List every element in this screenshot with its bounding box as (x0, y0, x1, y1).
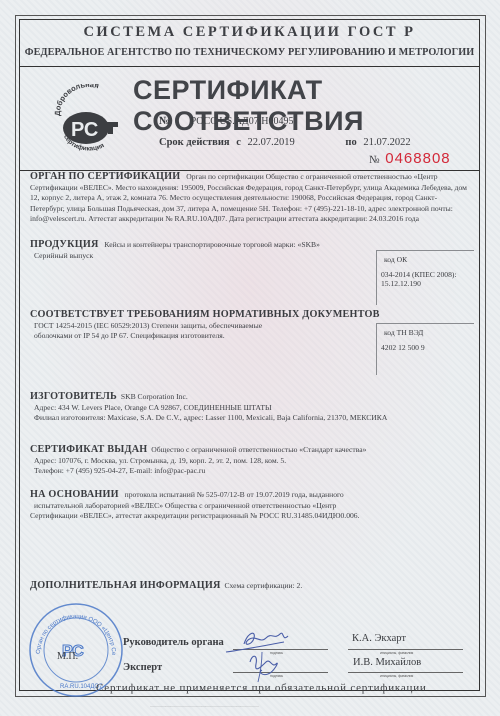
additional-info-heading: ДОПОЛНИТЕЛЬНАЯ ИНФОРМАЦИЯ (30, 580, 221, 591)
ok-code-box: код ОК 034-2014 (КПЕС 2008): 15.12.12.19… (376, 250, 474, 305)
svg-text:РС: РС (71, 119, 98, 141)
product-section: ПРОДУКЦИЯ Кейсы и контейнеры транспортир… (30, 240, 370, 261)
head-label: Руководитель органа (123, 637, 224, 648)
valid-to-date: 21.07.2022 (363, 137, 410, 148)
product-subtext: Серийный выпуск (34, 251, 370, 262)
seal-label: М.П. (57, 651, 78, 662)
system-title: СИСТЕМА СЕРТИФИКАЦИИ ГОСТ Р (19, 24, 480, 41)
issued-by-name: Общество с ограниченной ответственностью… (151, 445, 366, 454)
certification-body-heading: ОРГАН ПО СЕРТИФИКАЦИИ (30, 171, 180, 182)
rst-logo-icon: Добровольная РС сертификация (52, 84, 124, 156)
additional-info-section: ДОПОЛНИТЕЛЬНАЯ ИНФОРМАЦИЯ Схема сертифик… (30, 581, 470, 592)
validity-row: Срок действия с 22.07.2019 по 21.07.2022 (159, 137, 411, 148)
valid-from-date: 22.07.2019 (248, 137, 295, 148)
manufacturer-heading: ИЗГОТОВИТЕЛЬ (30, 391, 117, 402)
certificate-title: СЕРТИФИКАТ СООТВЕТСТВИЯ (133, 75, 500, 137)
serial-sign: № (369, 154, 380, 166)
tnved-code-label: код ТН ВЭД (384, 328, 474, 337)
issued-by-section: СЕРТИФИКАТ ВЫДАН Общество с ограниченной… (30, 445, 470, 477)
validity-label: Срок действия (159, 137, 230, 148)
certificate-number: РОСС US.АД07.Н00495 (191, 116, 294, 127)
certification-body-section: ОРГАН ПО СЕРТИФИКАЦИИ Орган по сертифика… (30, 172, 470, 225)
header-divider (19, 66, 480, 67)
ok-code-label: код ОК (384, 255, 474, 264)
ok-code-value-1: 034-2014 (КПЕС 2008): (381, 270, 474, 279)
basis-line-1: протокола испытаний № 525-07/12-В от 19.… (125, 490, 344, 499)
ok-code-value-2: 15.12.12.190 (381, 279, 474, 288)
expert-name: И.В. Михайлов (353, 657, 421, 668)
validity-from-label: с (236, 137, 241, 148)
product-text: Кейсы и контейнеры транспортировочные то… (104, 240, 320, 249)
validity-to-label: по (345, 137, 356, 148)
agency-title: ФЕДЕРАЛЬНОЕ АГЕНТСТВО ПО ТЕХНИЧЕСКОМУ РЕ… (19, 47, 480, 58)
issued-by-contacts: Телефон: +7 (495) 925-04-27, E-mail: inf… (34, 466, 470, 477)
basis-heading: НА ОСНОВАНИИ (30, 489, 119, 500)
compliance-heading: СООТВЕТСТВУЕТ ТРЕБОВАНИЯМ НОРМАТИВНЫХ ДО… (30, 310, 390, 321)
voluntary-note: Сертификат не применяется при обязательн… (96, 682, 427, 694)
compliance-line-2: оболочками от IP 54 до IP 67. Спецификац… (34, 331, 390, 342)
issued-by-address: Адрес: 107076, г. Москва, ул. Стромынка,… (34, 456, 470, 467)
issued-by-heading: СЕРТИФИКАТ ВЫДАН (30, 444, 147, 455)
expert-name-caption: инициалы, фамилия (380, 674, 413, 678)
footer-printer-text: ........................................… (150, 704, 259, 708)
tnved-code-value: 4202 12 500 9 (381, 343, 474, 352)
compliance-line-1: ГОСТ 14254-2015 (IEC 60529:2013) Степени… (34, 321, 390, 332)
serial-number-row: № 0468808 (369, 150, 451, 167)
additional-info-text: Схема сертификации: 2. (224, 581, 302, 590)
manufacturer-section: ИЗГОТОВИТЕЛЬ SKB Corporation Inc. Адрес:… (30, 392, 470, 424)
expert-name-line (348, 672, 463, 673)
head-name-caption: инициалы, фамилия (380, 651, 413, 655)
manufacturer-name: SKB Corporation Inc. (121, 392, 188, 401)
product-heading: ПРОДУКЦИЯ (30, 239, 99, 250)
manufacturer-branch: Филиал изготовителя: Maxicase, S.A. De C… (34, 413, 470, 424)
certificate-number-row: № РОСС US.АД07.Н00495 (159, 115, 293, 127)
head-name-line (348, 649, 463, 650)
basis-line-3: Сертификации «ВЕЛЕС», аттестат аккредита… (30, 511, 470, 522)
expert-label: Эксперт (123, 662, 162, 673)
basis-section: НА ОСНОВАНИИ протокола испытаний № 525-0… (30, 490, 470, 522)
svg-text:Добровольная: Добровольная (53, 84, 100, 116)
handwritten-signature-icon (222, 624, 302, 684)
head-name: К.А. Экхарт (352, 633, 406, 644)
number-sign: № (159, 115, 170, 127)
compliance-section: СООТВЕТСТВУЕТ ТРЕБОВАНИЯМ НОРМАТИВНЫХ ДО… (30, 310, 390, 342)
basis-line-2: испытательной лабораторией «ВЕЛЕС» Общес… (34, 501, 470, 512)
tnved-code-box: код ТН ВЭД 4202 12 500 9 (376, 323, 474, 375)
serial-number: 0468808 (385, 150, 450, 167)
manufacturer-address: Адрес: 434 W. Levers Place, Orange CA 92… (34, 403, 470, 414)
